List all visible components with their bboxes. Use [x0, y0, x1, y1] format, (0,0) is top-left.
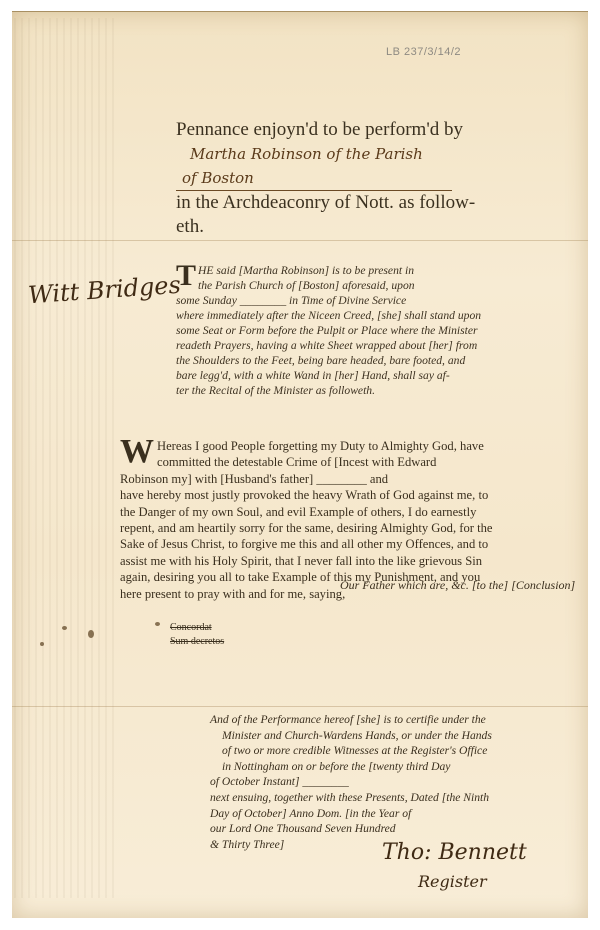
penance-paragraph: T HE said [Martha Robinson] is to be pre…	[176, 263, 546, 398]
confession-line: assist me with his Holy Spirit, that I n…	[120, 553, 555, 569]
penance-line: some Sunday ________ in Time of Divine S…	[176, 293, 546, 308]
penance-line: the Shoulders to the Feet, being bare he…	[176, 353, 546, 368]
confession-line: have hereby most justly provoked the hea…	[120, 487, 555, 503]
confession-line: the Danger of my own Soul, and evil Exam…	[120, 504, 555, 520]
confession-line: committed the detestable Crime of [Inces…	[120, 454, 555, 470]
struck-entry-concordat: Concordat	[170, 622, 212, 633]
ink-spot	[40, 642, 44, 646]
confession-line: Sake of Jesus Christ, to forgive me this…	[120, 536, 555, 552]
dropcap-w: W	[120, 438, 154, 466]
confession-line: Hereas I good People forgetting my Duty …	[120, 438, 555, 454]
penance-line: HE said [Martha Robinson] is to be prese…	[176, 263, 546, 278]
faded-margin-writing	[14, 18, 114, 898]
penance-line: readeth Prayers, having a white Sheet wr…	[176, 338, 546, 353]
certify-line: next ensuing, together with these Presen…	[210, 790, 560, 806]
certify-line: our Lord One Thousand Seven Hundred	[210, 821, 560, 837]
title-handwritten-line2: of Boston	[176, 166, 452, 191]
certify-line: And of the Performance hereof [she] is t…	[210, 712, 560, 728]
archive-reference: LB 237/3/14/2	[386, 46, 461, 58]
penance-line: where immediately after the Niceen Creed…	[176, 308, 546, 323]
certification-paragraph: And of the Performance hereof [she] is t…	[210, 712, 560, 852]
title-printed-line1: Pennance enjoyn'd to be perform'd by	[176, 118, 556, 142]
confession-line: repent, and am heartily sorry for the sa…	[120, 520, 555, 536]
title-handwritten-line1: Martha Robinson of the Parish	[176, 142, 556, 166]
lords-prayer-line: Our Father which are, &c. [to the] [Conc…	[340, 578, 575, 593]
ink-spot	[155, 622, 160, 626]
certify-line: in Nottingham on or before the [twenty t…	[210, 759, 560, 775]
title-printed-line2: in the Archdeaconry of Nott. as follow-	[176, 191, 556, 215]
registrar-title: Register	[418, 872, 487, 891]
ink-spot	[88, 630, 94, 638]
penance-line: the Parish Church of [Boston] aforesaid,…	[176, 278, 546, 293]
certify-line: Minister and Church-Wardens Hands, or un…	[210, 728, 560, 744]
registrar-signature: Tho: Bennett	[382, 840, 527, 865]
ink-spot	[62, 626, 67, 630]
certify-line: Day of October] Anno Dom. [in the Year o…	[210, 806, 560, 822]
title-printed-line3: eth.	[176, 215, 556, 239]
document-title: Pennance enjoyn'd to be perform'd by Mar…	[176, 118, 556, 239]
penance-line: ter the Recital of the Minister as follo…	[176, 383, 546, 398]
certify-line: of two or more credible Witnesses at the…	[210, 743, 560, 759]
penance-line: some Seat or Form before the Pulpit or P…	[176, 323, 546, 338]
dropcap-t: T	[176, 263, 196, 289]
struck-entry-decretos: Sum decretos	[170, 636, 224, 647]
certify-line: of October Instant] ________	[210, 774, 560, 790]
penance-line: bare legg'd, with a white Wand in [her] …	[176, 368, 546, 383]
confession-line: Robinson my] with [Husband's father] ___…	[120, 471, 555, 487]
